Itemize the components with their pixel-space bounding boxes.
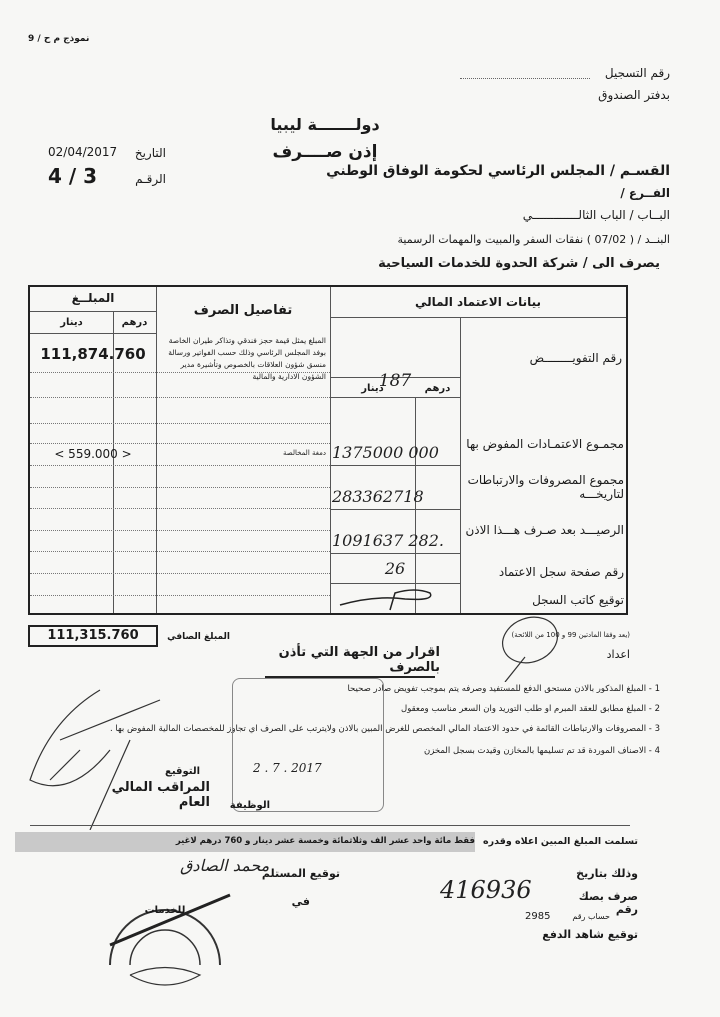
amount-header: المبلــغ bbox=[30, 291, 156, 305]
col-divider-credit bbox=[460, 317, 461, 613]
credit-row-label: توقيع كاتب السجل bbox=[462, 593, 624, 607]
payee-field: يصرف الى / شركة الحدوة للخدمات السياحية bbox=[260, 256, 660, 271]
registrar-signature-icon bbox=[335, 585, 445, 611]
net-amount: 111,315.760 bbox=[30, 627, 156, 645]
account-number: 2985 bbox=[525, 911, 550, 922]
dirham-header: درهم bbox=[113, 317, 156, 328]
chapter-field: البــاب / الباب الثالـــــــــــــي bbox=[370, 208, 670, 222]
preparer-signature-icon bbox=[470, 612, 570, 682]
number-value: 4 / 3 bbox=[48, 164, 97, 188]
receipt-text: تسلمت المبلغ المبين اعلاه وقدره bbox=[480, 836, 638, 847]
position-label: الوظيفة bbox=[220, 800, 270, 811]
company-stamp-icon bbox=[90, 855, 240, 995]
account-label: حساب رقم bbox=[565, 912, 610, 921]
credit-dinar-header: دينار bbox=[330, 383, 415, 394]
details-text: المبلغ يمثل قيمة حجز فندقي وتذاكر طيران … bbox=[160, 335, 326, 383]
credit-row-value: 1375000 000 bbox=[332, 443, 439, 462]
credit-dirham-header: درهم bbox=[415, 383, 460, 394]
cheque-number: 416936 bbox=[440, 876, 532, 904]
branch-field: الفــرع / bbox=[470, 186, 670, 200]
company-stamp-text: للخدمات bbox=[135, 905, 195, 916]
net-amount-box: 111,315.760 bbox=[28, 625, 158, 647]
date-value: 02/04/2017 bbox=[48, 145, 117, 159]
credit-row-value: 26 bbox=[330, 559, 460, 578]
deduction-label: دمغة المخالصة bbox=[156, 449, 326, 457]
voucher-table: المبلــغ دينار درهم تفاصيل الصرف بيانات … bbox=[28, 285, 628, 615]
credit-header: بيانات الاعتماد المالي bbox=[330, 295, 626, 309]
credit-row-value: 1091637 282. bbox=[332, 531, 444, 550]
prepared-by-label: اعداد bbox=[560, 648, 630, 661]
credit-row-label: الرصيـــد بعد صـرف هـــذا الاذن bbox=[462, 523, 624, 537]
gross-amount: 111,874.760 bbox=[30, 345, 156, 363]
state-name: دولـــــــة ليبيا bbox=[255, 115, 395, 134]
stamp-date: 2 . 7 . 2017 bbox=[253, 761, 322, 775]
receipt-date-label: وذلك بتاريخ bbox=[540, 867, 638, 880]
net-amount-label: المبلغ الصافي bbox=[160, 632, 230, 642]
form-code: نموذج م ح / 9 bbox=[28, 34, 89, 44]
registration-sublabel: بدفتر الصندوق bbox=[510, 88, 670, 102]
credit-row-label: مجمـوع الاعتمـادات المفوض بها bbox=[462, 437, 624, 451]
item-field: البنــد / ( 07/02 ) نفقات السفر والمبيت … bbox=[270, 233, 670, 246]
witness-signature-label: توقيع شاهد الدفع bbox=[540, 928, 638, 941]
amount-in-words: فقط مائة واحد عشر الف وثلاثمائة وخمسة عش… bbox=[160, 836, 475, 846]
credit-row-label: رقم صفحة سجل الاعتماد bbox=[462, 565, 624, 579]
in-label: في bbox=[280, 895, 310, 908]
credit-row-label: مجموع المصروفات والارتباطات لتاريخـــه bbox=[462, 473, 624, 501]
approval-stamp: 2 . 7 . 2017 bbox=[232, 678, 384, 812]
details-header: تفاصيل الصرف bbox=[156, 303, 330, 318]
section-field: القسـم / المجلس الرئاسي لحكومة الوفاق ال… bbox=[270, 163, 670, 179]
recipient-signature-label: توقيع المستلم bbox=[260, 867, 340, 880]
declaration-title: اقرار من الجهة التي تأذن بالصرف bbox=[240, 645, 440, 675]
registration-line bbox=[460, 78, 590, 79]
number-label: الرقـم bbox=[126, 172, 166, 186]
credit-row-value: 283362718 bbox=[332, 487, 424, 506]
authorization-label: رقم التفويــــــــض bbox=[462, 351, 622, 365]
page-title: إذن صــــرف bbox=[255, 142, 395, 162]
receipt-divider bbox=[30, 825, 630, 826]
dinar-header: دينار bbox=[30, 317, 113, 328]
deduction-amount: < 559.000 > bbox=[30, 447, 156, 461]
date-label: التاريخ bbox=[126, 146, 166, 160]
controller-signature-icon bbox=[10, 680, 210, 830]
